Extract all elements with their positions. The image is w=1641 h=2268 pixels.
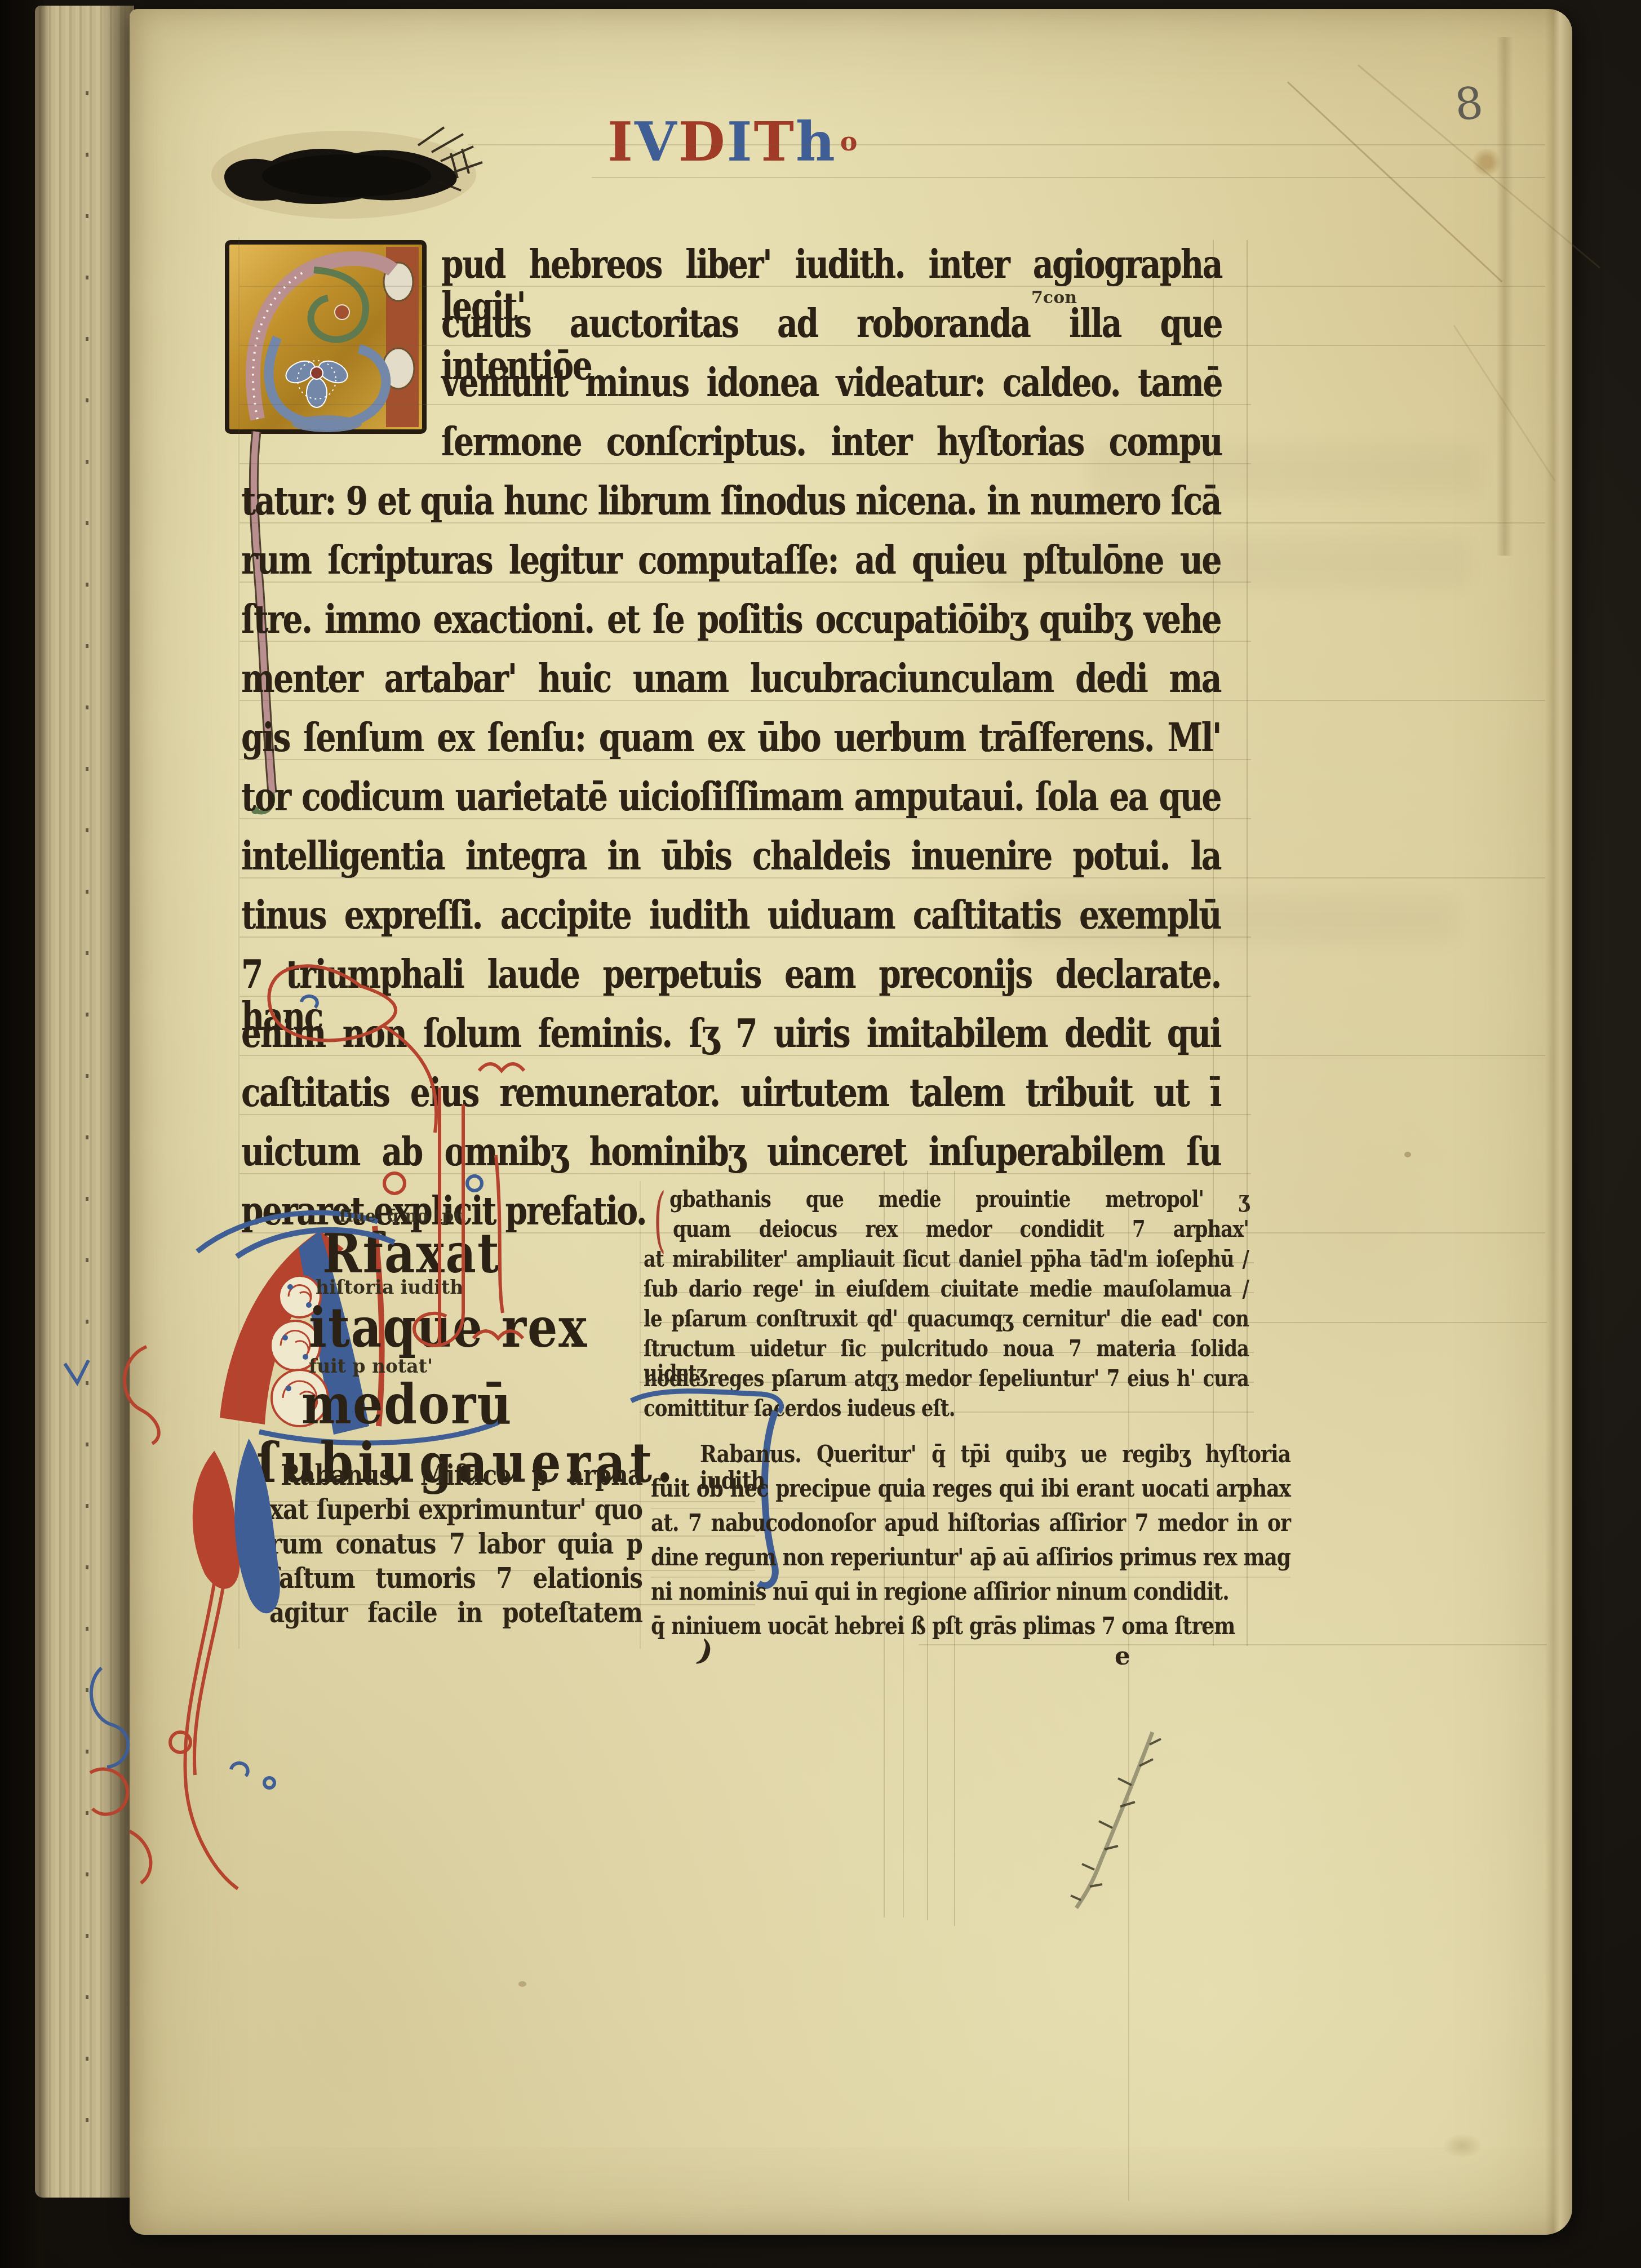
ruling-line	[640, 1292, 1254, 1293]
ruling-line	[651, 1577, 1290, 1578]
ruling-line-vertical	[1247, 240, 1248, 1646]
parchment-scar	[1065, 1722, 1172, 1919]
gloss-line: q̄ niniuem uocāt hebrei ß pſt grās plima…	[651, 1613, 1235, 1640]
text-line: ſermone conſcriptus. inter hyſtorias com…	[441, 421, 1222, 465]
margin-penwork-flourish	[45, 918, 586, 1933]
ruling-line-vertical	[903, 1171, 904, 1918]
ruling-line	[240, 345, 1545, 346]
text-line: gis ſenſum ex ſenſu: quam ex ūbo uerbum …	[241, 717, 1221, 761]
title-letter: I	[727, 110, 754, 174]
ruling-line-vertical	[640, 1181, 641, 1649]
gloss-line: dine regum non reperiuntur' ap̄ aū aſſir…	[651, 1544, 1290, 1571]
ruling-line	[240, 404, 1251, 405]
title-period: o	[840, 126, 859, 157]
gloss-line: le pſarum conſtruxit qd' quacumqʒ cernit…	[644, 1307, 1249, 1334]
gloss-initial-mark: (	[654, 1184, 666, 1255]
gloss-line: Rabanus. Queritur' q̄ tp̄i quibʒ ue regi…	[700, 1441, 1290, 1468]
ruling-line	[240, 582, 1251, 583]
ruling-line	[240, 463, 1251, 464]
text-line: ſtre. immo exactioni. et ſe poſitis occu…	[241, 599, 1221, 643]
ruling-line	[640, 1352, 1254, 1353]
text-line: rum ſcripturas legitur computaſſe: ad qu…	[241, 540, 1221, 584]
ruling-line	[240, 700, 1545, 701]
gloss-line: fuit ob hec precipue quia reges qui ibi …	[651, 1476, 1290, 1502]
text-line: tor codicum uarietatē uicioſiſſimam ampu…	[241, 776, 1221, 820]
gloss-line: gbathanis que medie prouintie metropol' …	[669, 1188, 1249, 1214]
stain	[518, 1981, 526, 1987]
ruling-line-vertical	[884, 1171, 885, 1918]
gloss-line: quam deiocus rex medor condidit 7 arphax…	[673, 1218, 1249, 1244]
ruling-line	[240, 641, 1251, 642]
ruling-line	[240, 877, 1545, 878]
interlinear-correction: 7con	[1031, 290, 1077, 307]
line-filler-flourish: )	[695, 1636, 717, 1668]
page-fore-edge	[1545, 9, 1572, 2235]
gloss-line: ſub dario rege' in eiuſdem ciuitate medi…	[644, 1277, 1249, 1304]
ruling-line	[592, 177, 1545, 178]
ruling-line	[468, 144, 1545, 145]
ruling-line	[240, 286, 1545, 287]
ruling-line	[651, 1508, 1290, 1509]
title-letter: T	[754, 110, 796, 174]
text-line: cuius auctoritas ad roboranda illa que i…	[441, 303, 1222, 347]
gloss-line: ſtructum uidetur ſic pulcritudo noua 7 m…	[644, 1337, 1249, 1364]
ink-smudge	[209, 119, 490, 227]
running-title-judith: IVDITho	[607, 115, 859, 169]
stain	[1443, 2133, 1482, 2158]
ruling-line-vertical	[1128, 1192, 1129, 2201]
ruling-line	[240, 522, 1545, 523]
manuscript-photo: { "colors": { "parchment": "#e9e1b6", "i…	[0, 0, 1641, 2268]
text-line: veniunt minus idonea videatur: caldeo. t…	[441, 362, 1222, 406]
gloss-line: at mirabiliter' ampliauit ſicut daniel p…	[644, 1248, 1249, 1274]
ruling-line	[640, 1322, 1547, 1323]
fold-shadow	[1496, 37, 1513, 556]
ruling-line-vertical	[954, 1171, 955, 1926]
title-letter: I	[607, 110, 635, 174]
title-letter: h	[796, 110, 837, 174]
text-line: pud hebreos liber' iudith. inter agiogra…	[441, 244, 1222, 288]
text-line: intelligentia integra in ūbis chaldeis i…	[241, 836, 1221, 880]
ruling-line	[640, 1412, 1254, 1413]
ruling-line	[240, 759, 1251, 760]
gloss-line: at. 7 nabucodonoſor apud hiſtorias aſſir…	[651, 1510, 1290, 1537]
ruling-line-vertical	[1213, 240, 1214, 1646]
ruling-line	[919, 1644, 1547, 1645]
ruling-line-vertical	[927, 1171, 928, 1920]
ruling-line	[640, 1382, 1254, 1383]
folio-number: 8	[1453, 81, 1485, 128]
stain	[1404, 1152, 1411, 1157]
ruling-line	[240, 818, 1251, 819]
title-letter: V	[635, 110, 678, 174]
text-line: tatur: 9 et quia hunc librum ſinodus nic…	[241, 481, 1221, 525]
text-line: menter artabar' huic unam lucubraciuncul…	[241, 658, 1221, 702]
ruling-line	[640, 1262, 1254, 1263]
title-letter: D	[678, 110, 726, 174]
gloss-line: ni nominis nuī qui in regione aſſirior n…	[651, 1579, 1229, 1605]
